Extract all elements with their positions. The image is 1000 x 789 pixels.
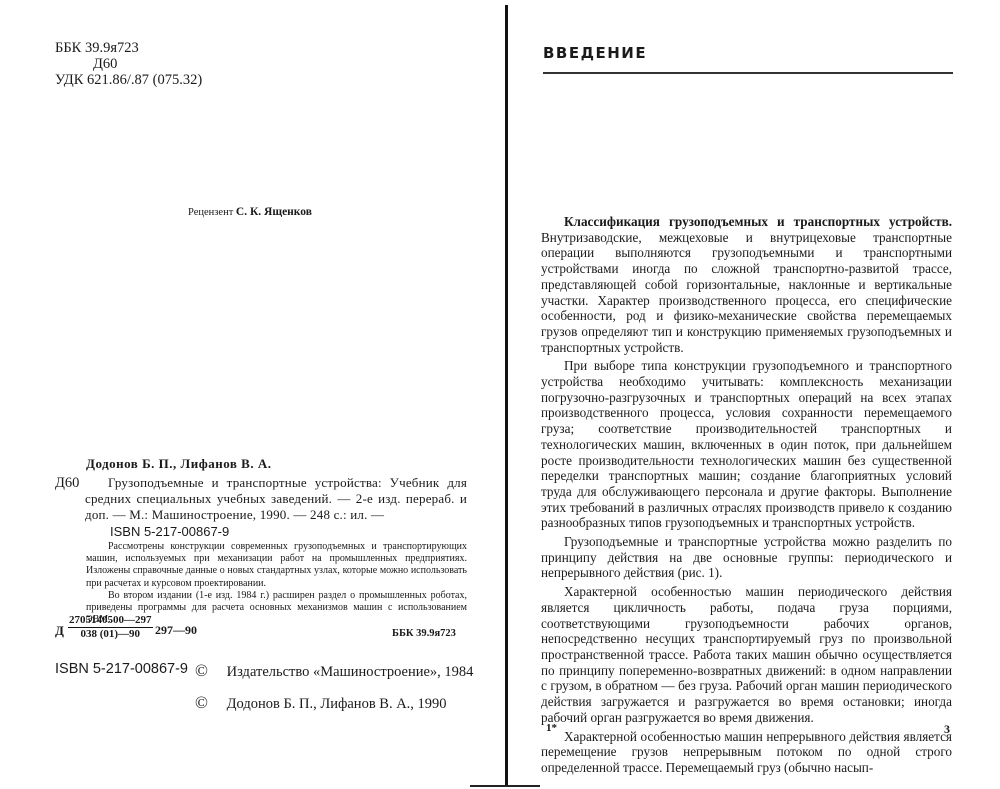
chapter-title: ВВЕДЕНИЕ	[543, 44, 647, 62]
body-paragraph: Характерной особенностью машин периодиче…	[541, 584, 952, 725]
udk-code: УДК 621.86/.87 (075.32)	[55, 72, 202, 88]
reviewer-line: Рецензент С. К. Ященков	[188, 206, 312, 218]
bbk-bottom: ББК 39.9я723	[392, 628, 456, 639]
authors-heading: Додонов Б. П., Лифанов В. А.	[86, 456, 271, 472]
page-gutter-divider	[505, 5, 508, 785]
copyright-publisher: Издательство «Машиностроение», 1984	[227, 664, 474, 680]
fraction-numerator: 2705140500—297	[68, 614, 153, 628]
body-paragraph: Характерной особенностью машин непрерывн…	[541, 729, 952, 776]
copyright-icon: ©	[195, 661, 223, 681]
body-text: Классификация грузоподъемных и транспорт…	[541, 214, 952, 779]
reviewer-name: С. К. Ященков	[236, 206, 312, 218]
catalog-fraction: 2705140500—297 038 (01)—90	[68, 614, 153, 641]
catalog-code: Д60	[55, 475, 79, 492]
body-paragraph: Классификация грузоподъемных и транспорт…	[541, 214, 952, 355]
fraction-suffix: 297—90	[155, 623, 197, 638]
page-number: 3	[944, 722, 950, 737]
bibliographic-description: Грузоподъемные и транспортные устройства…	[85, 475, 467, 523]
copyright-icon: ©	[195, 693, 223, 713]
title-rule	[543, 72, 953, 74]
isbn-line: ISBN 5-217-00867-9	[110, 524, 229, 539]
classification-block: ББК 39.9я723 Д60 УДК 621.86/.87 (075.32)	[55, 40, 202, 88]
index-letter: Д	[55, 623, 64, 639]
body-paragraph: Грузоподъемные и транспортные устройства…	[541, 534, 952, 581]
left-page: ББК 39.9я723 Д60 УДК 621.86/.87 (075.32)…	[0, 0, 506, 789]
paragraph-text: Внутризаводские, межцеховые и внутрицехо…	[541, 230, 952, 355]
copyright-authors-line: © Додонов Б. П., Лифанов В. А., 1990	[195, 693, 447, 713]
isbn-footer: ISBN 5-217-00867-9	[55, 661, 188, 677]
fraction-denominator: 038 (01)—90	[68, 628, 153, 641]
copyright-authors: Додонов Б. П., Лифанов В. А., 1990	[227, 696, 447, 712]
signature-mark: 1*	[546, 722, 557, 734]
abstract-paragraph: Рассмотрены конструкции современных груз…	[86, 541, 467, 590]
bbk-code: ББК 39.9я723	[55, 40, 202, 56]
reviewer-label: Рецензент	[188, 207, 233, 218]
body-paragraph: При выборе типа конструкции грузоподъемн…	[541, 358, 952, 531]
copyright-publisher-line: © Издательство «Машиностроение», 1984	[195, 661, 473, 681]
author-mark: Д60	[55, 56, 202, 72]
section-heading: Классификация грузоподъемных и транспорт…	[564, 214, 952, 229]
